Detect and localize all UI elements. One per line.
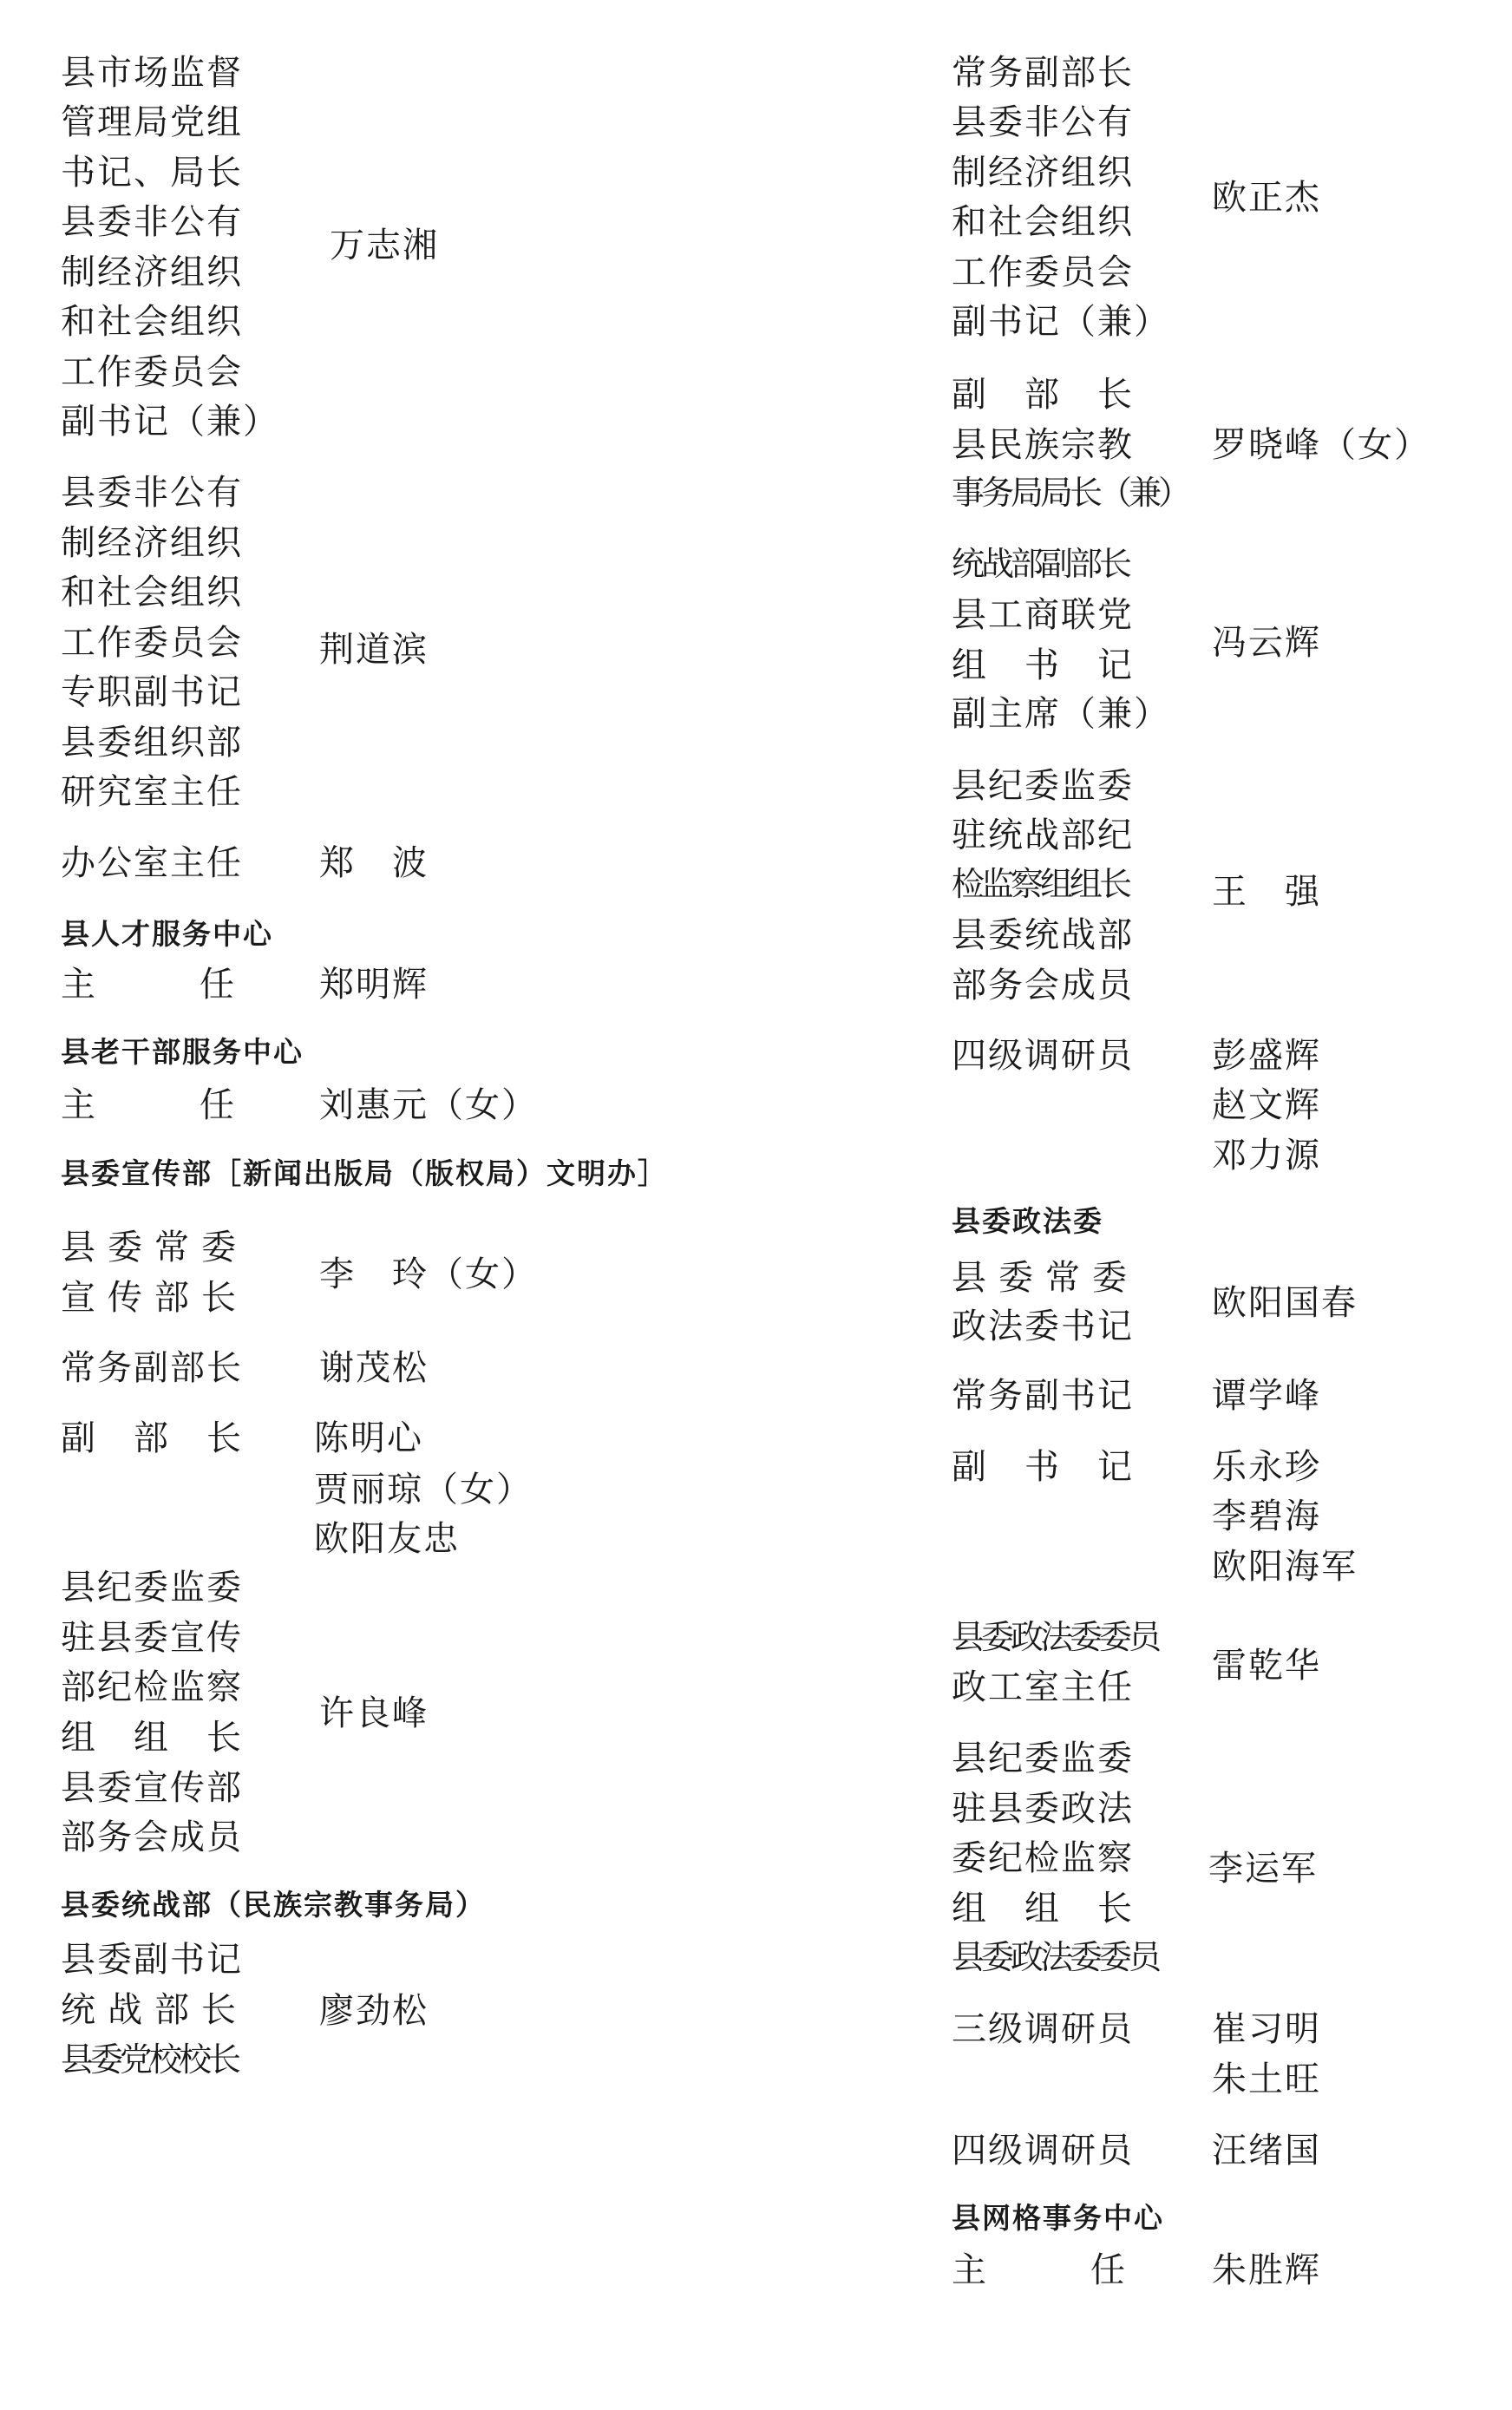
person-name: 廖劲松 bbox=[319, 1990, 429, 2032]
position-title: 管理局党组 bbox=[61, 102, 247, 143]
position-title: 县纪委监委 bbox=[952, 1738, 1138, 1779]
position-title: 研究室主任 bbox=[61, 771, 247, 813]
person-name: 王 强 bbox=[1212, 871, 1321, 913]
position-title: 检监察组组长 bbox=[952, 863, 1138, 905]
position-title: 副 书 记 bbox=[952, 1446, 1138, 1488]
position-title: 书记、局长 bbox=[61, 152, 247, 193]
position-title: 组 组 长 bbox=[61, 1717, 247, 1758]
position-title: 工作委员会 bbox=[61, 351, 247, 393]
person-name: 贾丽琼（女） bbox=[314, 1469, 533, 1510]
position-title: 县纪委监委 bbox=[61, 1567, 247, 1608]
person-name: 欧正杰 bbox=[1212, 177, 1321, 219]
section-header: 县委统战部（民族宗教事务局） bbox=[61, 1888, 486, 1922]
position-title: 副书记（兼） bbox=[952, 301, 1138, 343]
right-column: 常务副部长 县委非公有 制经济组织 和社会组织 工作委员会 副书记（兼） 欧正杰… bbox=[867, 0, 1512, 2410]
position-title: 县委非公有 bbox=[61, 472, 247, 514]
position-title: 常务副部长 bbox=[61, 1347, 247, 1389]
person-name: 谢茂松 bbox=[319, 1347, 429, 1389]
position-title: 办公室主任 bbox=[61, 842, 247, 884]
position-title: 县委非公有 bbox=[952, 102, 1138, 143]
position-title: 主 任 bbox=[61, 1084, 247, 1126]
person-name: 罗晓峰（女） bbox=[1212, 424, 1430, 466]
position-title: 四级调研员 bbox=[952, 2130, 1138, 2171]
position-title: 副 部 长 bbox=[952, 374, 1138, 416]
person-name: 汪绪国 bbox=[1212, 2130, 1321, 2171]
position-title: 政法委书记 bbox=[952, 1306, 1138, 1347]
section-header: 县委宣传部［新闻出版局（版权局）文明办］ bbox=[61, 1156, 668, 1191]
person-name: 陈明心 bbox=[314, 1418, 423, 1459]
position-title: 常务副书记 bbox=[952, 1375, 1138, 1417]
person-name: 乐永珍 bbox=[1212, 1446, 1321, 1488]
section-header: 县委政法委 bbox=[952, 1204, 1103, 1239]
position-title: 政工室主任 bbox=[952, 1667, 1138, 1708]
person-name: 雷乾华 bbox=[1212, 1645, 1321, 1686]
person-name: 朱胜辉 bbox=[1212, 2250, 1321, 2291]
person-name: 许良峰 bbox=[319, 1693, 429, 1734]
position-title: 制经济组织 bbox=[61, 252, 247, 293]
section-header: 县网格事务中心 bbox=[952, 2201, 1164, 2236]
person-name: 赵文辉 bbox=[1212, 1084, 1321, 1126]
position-title: 县委组织部 bbox=[61, 722, 247, 763]
position-title: 工作委员会 bbox=[61, 622, 247, 664]
position-title: 制经济组织 bbox=[952, 152, 1138, 193]
position-title: 和社会组织 bbox=[61, 301, 247, 343]
position-title: 工作委员会 bbox=[952, 252, 1138, 293]
position-title: 宣传部长 bbox=[61, 1277, 247, 1319]
person-name: 李碧海 bbox=[1212, 1496, 1321, 1537]
left-column: 县市场监督 管理局党组 书记、局长 县委非公有 制经济组织 和社会组织 工作委员… bbox=[0, 0, 867, 2410]
position-title: 和社会组织 bbox=[61, 572, 247, 613]
position-title: 县委党校校长 bbox=[61, 2039, 247, 2080]
position-title: 副主席（兼） bbox=[952, 693, 1138, 735]
person-name: 欧阳国春 bbox=[1212, 1282, 1358, 1324]
position-title: 组 书 记 bbox=[952, 645, 1138, 686]
person-name: 万志湘 bbox=[330, 225, 439, 266]
section-header: 县老干部服务中心 bbox=[61, 1035, 304, 1070]
position-title: 驻县委宣传 bbox=[61, 1617, 247, 1659]
position-title: 专职副书记 bbox=[61, 671, 247, 713]
position-title: 驻县委政法 bbox=[952, 1788, 1138, 1830]
person-name: 李运军 bbox=[1208, 1848, 1318, 1889]
position-title: 县委宣传部 bbox=[61, 1767, 247, 1809]
position-title: 统战部长 bbox=[61, 1989, 247, 2031]
position-title: 县市场监督 bbox=[61, 52, 247, 94]
position-title: 部务会成员 bbox=[952, 965, 1138, 1006]
person-name: 欧阳海军 bbox=[1212, 1546, 1358, 1588]
person-name: 冯云辉 bbox=[1212, 622, 1321, 664]
position-title: 县委政法委委员 bbox=[952, 1616, 1138, 1658]
position-title: 四级调研员 bbox=[952, 1035, 1138, 1077]
person-name: 崔习明 bbox=[1212, 2008, 1321, 2050]
person-name: 谭学峰 bbox=[1212, 1375, 1321, 1417]
position-title: 县委常委 bbox=[61, 1227, 247, 1268]
person-name: 朱土旺 bbox=[1212, 2059, 1321, 2100]
position-title: 主 任 bbox=[61, 964, 247, 1005]
person-name: 李 玲（女） bbox=[319, 1254, 538, 1295]
person-name: 刘惠元（女） bbox=[319, 1084, 538, 1126]
person-name: 荆道滨 bbox=[319, 629, 429, 671]
position-title: 三级调研员 bbox=[952, 2008, 1138, 2050]
position-title: 副 部 长 bbox=[61, 1418, 247, 1459]
position-title: 委纪检监察 bbox=[952, 1837, 1138, 1879]
position-title: 县委副书记 bbox=[61, 1939, 247, 1981]
person-name: 彭盛辉 bbox=[1212, 1035, 1321, 1077]
position-title: 驻统战部纪 bbox=[952, 815, 1138, 856]
section-header: 县人才服务中心 bbox=[61, 917, 273, 952]
position-title: 县委政法委委员 bbox=[952, 1936, 1138, 1978]
position-title: 组 组 长 bbox=[952, 1888, 1138, 1929]
position-title: 和社会组织 bbox=[952, 201, 1138, 243]
person-name: 郑明辉 bbox=[319, 964, 429, 1005]
position-title: 主 任 bbox=[952, 2250, 1138, 2291]
position-title: 县委常委 bbox=[952, 1257, 1138, 1299]
position-title: 县委非公有 bbox=[61, 201, 247, 243]
position-title: 县工商联党 bbox=[952, 594, 1138, 636]
position-title: 副书记（兼） bbox=[61, 401, 247, 442]
person-name: 郑 波 bbox=[319, 842, 429, 884]
position-title: 县纪委监委 bbox=[952, 765, 1138, 807]
person-name: 邓力源 bbox=[1212, 1135, 1321, 1176]
position-title: 县委统战部 bbox=[952, 914, 1138, 956]
position-title: 县民族宗教 bbox=[952, 424, 1138, 466]
position-title: 部务会成员 bbox=[61, 1817, 247, 1858]
position-title: 制经济组织 bbox=[61, 522, 247, 564]
person-name: 欧阳友忠 bbox=[314, 1518, 460, 1560]
position-title: 常务副部长 bbox=[952, 52, 1138, 94]
position-title: 统战部副部长 bbox=[952, 543, 1138, 585]
position-title: 部纪检监察 bbox=[61, 1667, 247, 1708]
position-title: 事务局局长（兼） bbox=[952, 472, 1138, 514]
